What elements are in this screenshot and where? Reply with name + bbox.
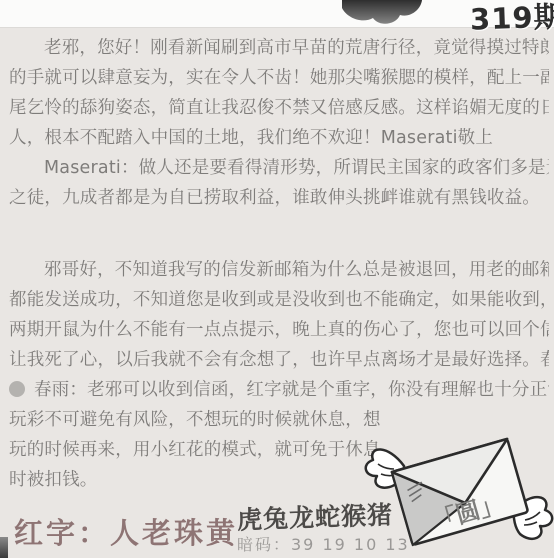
bullet-dot-icon — [9, 381, 25, 397]
letter-line: 之徒，九成者都是为自已捞取利益，谁敢伸头挑衅谁就有黑钱收益。 — [9, 183, 549, 213]
letter-line: 两期开鼠为什么不能有一点点提示，晚上真的伤心了，您也可以回个信， — [9, 315, 549, 345]
red-characters-label: 红字：人老珠黄 — [14, 511, 238, 552]
header-strip: 319期 — [0, 0, 554, 28]
letter-line: 邪哥好，不知道我写的信发新邮箱为什么总是被退回，用老的邮箱又 — [9, 255, 549, 285]
letter-paragraph-2: Maserati：做人还是要看得清形势，所谓民主国家的政客们多是无耻 之徒，九成… — [9, 153, 549, 213]
letter-line: 都能发送成功，不知道您是收到或是没收到也不能确定，如果能收到，这 — [9, 285, 549, 315]
letter-line: 春雨：老邪可以收到信函，红字就是个重字，你没有理解也十分正常， — [9, 375, 549, 405]
letter-paragraph-3: 邪哥好，不知道我写的信发新邮箱为什么总是被退回，用老的邮箱又 都能发送成功，不知… — [9, 255, 549, 375]
letter-line: 老邪，您好！刚看新闻刷到高市早苗的荒唐行径，竟觉得摸过特朗普 — [9, 33, 549, 63]
ink-blob-graphic — [336, 0, 428, 30]
corner-strip-graphic — [0, 537, 8, 558]
letter-line: 人，根本不配踏入中国的土地，我们绝不欢迎！Maserati敬上 — [9, 123, 549, 153]
envelope-body: 「圆」 — [392, 439, 528, 545]
zodiac-label: 虎兔龙蛇猴猪 — [236, 495, 393, 536]
letter-line: 尾乞怜的舔狗姿态，简直让我忍俊不禁又倍感反感。这样谄媚无度的日本 — [9, 93, 549, 123]
secret-code-label: 暗码：39 19 10 13 — [237, 532, 410, 555]
letter-line-text: 春雨：老邪可以收到信函，红字就是个重字，你没有理解也十分正常， — [34, 380, 549, 400]
letter-line: 的手就可以肆意妄为，实在令人不齿！她那尖嘴猴腮的模样，配上一副摇 — [9, 63, 549, 93]
letter-line: Maserati：做人还是要看得清形势，所谓民主国家的政客们多是无耻 — [9, 153, 549, 183]
letter-line: 让我死了心，以后我就不会有念想了，也许早点离场才是最好选择。春雨 — [9, 345, 549, 375]
letter-paragraph-1: 老邪，您好！刚看新闻刷到高市早苗的荒唐行径，竟觉得摸过特朗普 的手就可以肆意妄为… — [9, 33, 549, 153]
